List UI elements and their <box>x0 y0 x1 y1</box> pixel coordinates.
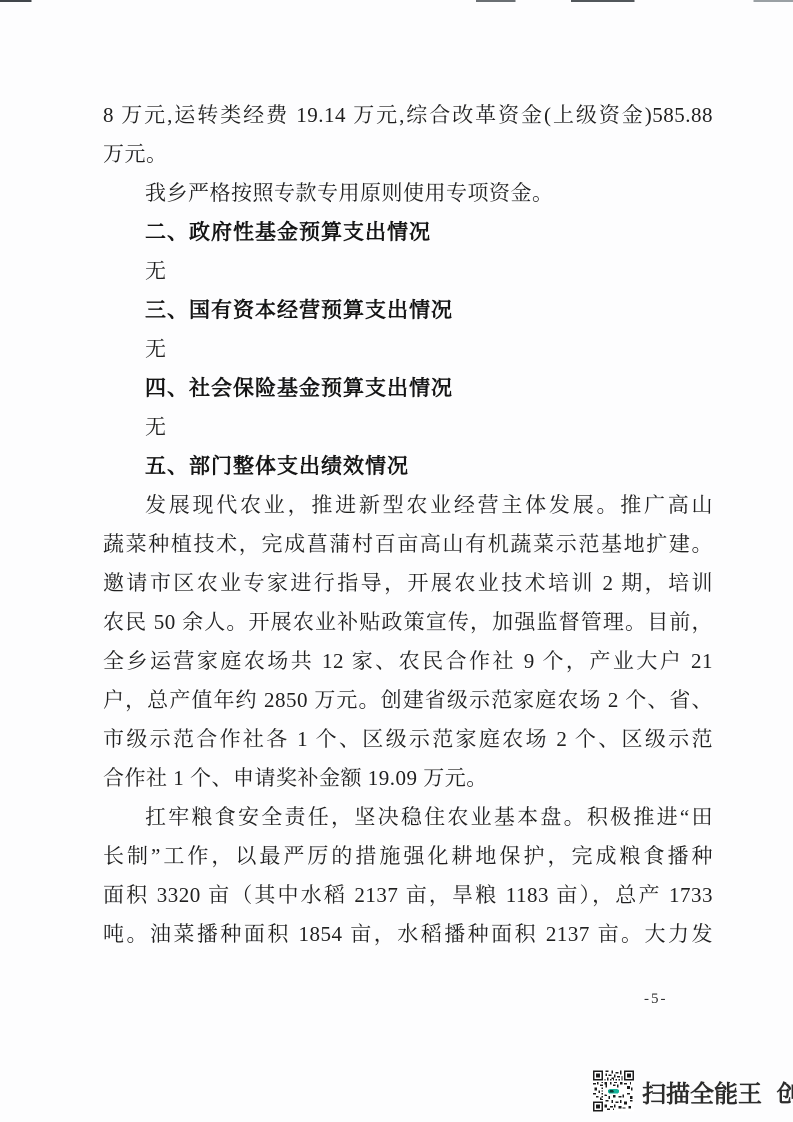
body-line: 蔬菜种植技术，完成菖蒲村百亩高山有机蔬菜示范基地扩建。 <box>103 525 713 564</box>
body-line: 邀请市区农业专家进行指导，开展农业技术培训 2 期，培训 <box>103 564 713 603</box>
body-line: 吨。油菜播种面积 1854 亩，水稻播种面积 2137 亩。大力发 <box>103 915 713 954</box>
section-heading: 二、政府性基金预算支出情况 <box>103 213 713 252</box>
body-line: 合作社 1 个、申请奖补金额 19.09 万元。 <box>103 759 713 798</box>
body-line: 面积 3320 亩（其中水稻 2137 亩，旱粮 1183 亩），总产 1733 <box>103 876 713 915</box>
scanner-watermark-label: 扫描全能王 创建 <box>642 1074 793 1109</box>
body-line: 扛牢粮食安全责任，坚决稳住农业基本盘。积极推进“田 <box>103 798 713 837</box>
body-line: 市级示范合作社各 1 个、区级示范家庭农场 2 个、区级示范 <box>103 720 713 759</box>
body-line: 发展现代农业，推进新型农业经营主体发展。推广高山 <box>103 486 713 525</box>
section-heading: 四、社会保险基金预算支出情况 <box>103 369 713 408</box>
body-line: 农民 50 余人。开展农业补贴政策宣传，加强监督管理。目前， <box>103 603 713 642</box>
body-line: 全乡运营家庭农场共 12 家、农民合作社 9 个，产业大户 21 <box>103 642 713 681</box>
scan-edge-artifact <box>0 0 793 2</box>
body-line: 无 <box>103 408 713 447</box>
page-number: -5- <box>644 991 668 1008</box>
qr-code-icon <box>593 1070 634 1112</box>
body-line: 无 <box>103 252 713 291</box>
section-heading: 三、国有资本经营预算支出情况 <box>103 291 713 330</box>
body-line: 长制”工作，以最严厉的措施强化耕地保护，完成粮食播种 <box>103 837 713 876</box>
body-line: 8 万元,运转类经费 19.14 万元,综合改革资金(上级资金)585.88 <box>103 96 713 135</box>
body-line: 无 <box>103 330 713 369</box>
body-line: 我乡严格按照专款专用原则使用专项资金。 <box>103 174 713 213</box>
body-line: 万元。 <box>103 135 713 174</box>
section-heading: 五、部门整体支出绩效情况 <box>103 447 713 486</box>
document-page: 8 万元,运转类经费 19.14 万元,综合改革资金(上级资金)585.88 万… <box>0 0 793 1122</box>
body-line: 户，总产值年约 2850 万元。创建省级示范家庭农场 2 个、省、 <box>103 681 713 720</box>
scanner-watermark: 扫描全能王 创建 <box>593 1070 793 1112</box>
document-body: 8 万元,运转类经费 19.14 万元,综合改革资金(上级资金)585.88 万… <box>103 96 713 954</box>
